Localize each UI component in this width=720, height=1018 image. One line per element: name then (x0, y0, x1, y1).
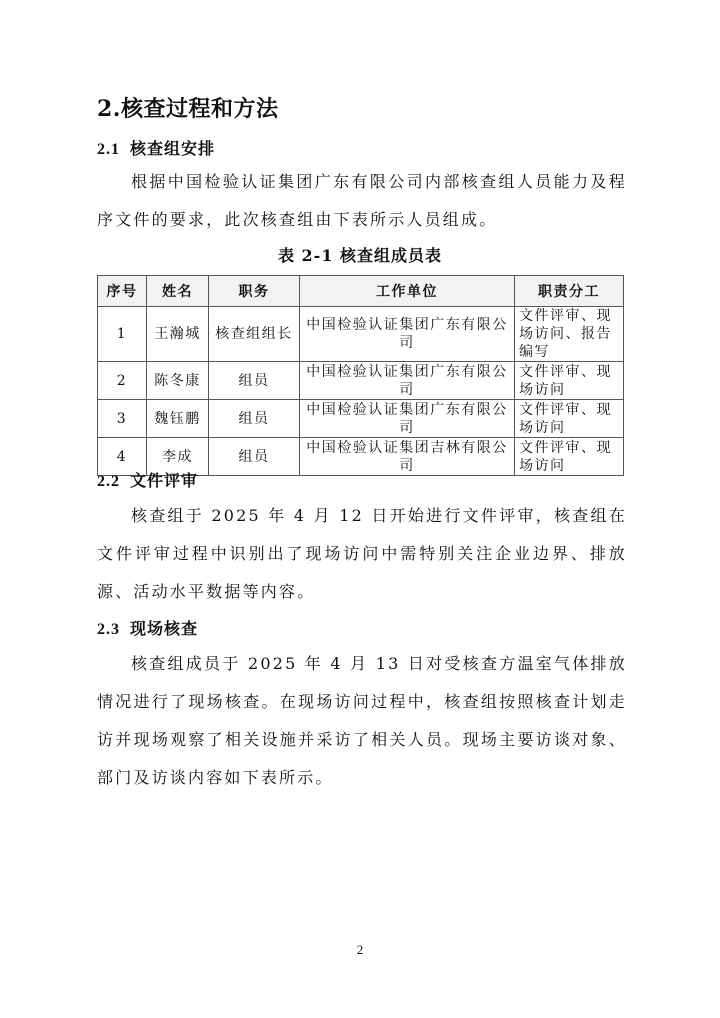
subsection-title: 文件评审 (130, 471, 198, 490)
section-title: 2.核查过程和方法 (97, 92, 278, 123)
cell-name: 魏钰鹏 (147, 400, 209, 438)
subsection-title: 现场核查 (130, 619, 198, 638)
subsection-heading-2-3: 2.3现场核查 (97, 616, 198, 639)
cell-index: 1 (98, 307, 147, 362)
page-number: 2 (0, 942, 720, 958)
paragraph-onsite-verification: 核查组成员于 2025 年 4 月 13 日对受核查方温室气体排放情况进行了现场… (97, 645, 627, 797)
cell-duties: 文件评审、现场访问、报告编写 (515, 307, 624, 362)
subsection-heading-2-1: 2.1核查组安排 (97, 136, 215, 159)
cell-position: 组员 (209, 400, 300, 438)
paragraph-document-review: 核查组于 2025 年 4 月 12 日开始进行文件评审，核查组在文件评审过程中… (97, 497, 627, 611)
table-header-row: 序号 姓名 职务 工作单位 职责分工 (98, 276, 624, 307)
cell-index: 3 (98, 400, 147, 438)
table-caption: 表 2-1 核查组成员表 (0, 243, 720, 266)
cell-organization: 中国检验认证集团广东有限公司 (300, 400, 515, 438)
cell-duties: 文件评审、现场访问 (515, 362, 624, 400)
cell-duties: 文件评审、现场访问 (515, 438, 624, 476)
table-row: 2 陈冬康 组员 中国检验认证集团广东有限公司 文件评审、现场访问 (98, 362, 624, 400)
cell-index: 2 (98, 362, 147, 400)
cell-name: 王瀚城 (147, 307, 209, 362)
cell-position: 组员 (209, 362, 300, 400)
paragraph-team-arrangement: 根据中国检验认证集团广东有限公司内部核查组人员能力及程序文件的要求，此次核查组由… (97, 163, 627, 239)
subsection-number: 2.1 (97, 141, 120, 158)
subsection-number: 2.2 (97, 473, 120, 490)
cell-position: 核查组组长 (209, 307, 300, 362)
cell-position: 组员 (209, 438, 300, 476)
cell-organization: 中国检验认证集团广东有限公司 (300, 362, 515, 400)
col-header-duties: 职责分工 (515, 276, 624, 307)
team-members-table: 序号 姓名 职务 工作单位 职责分工 1 王瀚城 核查组组长 中国检验认证集团广… (97, 275, 624, 476)
cell-organization: 中国检验认证集团吉林有限公司 (300, 438, 515, 476)
subsection-heading-2-2: 2.2文件评审 (97, 468, 198, 491)
subsection-number: 2.3 (97, 621, 120, 638)
col-header-index: 序号 (98, 276, 147, 307)
col-header-position: 职务 (209, 276, 300, 307)
col-header-name: 姓名 (147, 276, 209, 307)
cell-name: 陈冬康 (147, 362, 209, 400)
cell-duties: 文件评审、现场访问 (515, 400, 624, 438)
table-row: 3 魏钰鹏 组员 中国检验认证集团广东有限公司 文件评审、现场访问 (98, 400, 624, 438)
col-header-organization: 工作单位 (300, 276, 515, 307)
table-row: 1 王瀚城 核查组组长 中国检验认证集团广东有限公司 文件评审、现场访问、报告编… (98, 307, 624, 362)
cell-organization: 中国检验认证集团广东有限公司 (300, 307, 515, 362)
subsection-title: 核查组安排 (130, 139, 215, 158)
